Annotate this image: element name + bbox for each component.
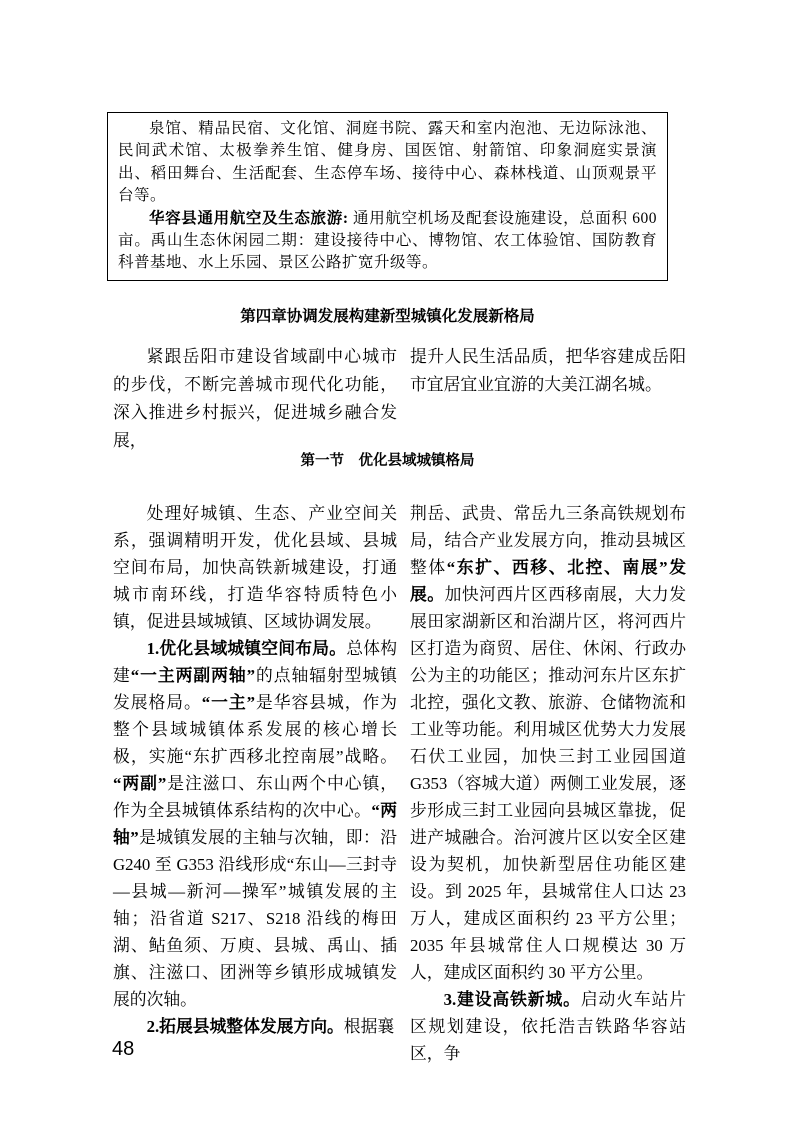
paragraph: 华容县通用航空及生态旅游: 通用航空机场及配套设施建设，总面积 600 亩。禹山… [118, 208, 657, 275]
paragraph: 泉馆、精品民宿、文化馆、洞庭书院、露天和室内泡池、无边际泳池、民间武术馆、太极拳… [118, 118, 657, 208]
paragraph: 3.建设高铁新城。启动火车站片区规划建设，依托浩吉铁路华容站区，争 [410, 986, 686, 1067]
paragraph: 提升人民生活品质，把华容建成岳阳市宜居宜业宜游的大美江湖名城。 [410, 343, 686, 399]
project-list-box: 泉馆、精品民宿、文化馆、洞庭书院、露天和室内泡池、无边际泳池、民间武术馆、太极拳… [107, 112, 668, 281]
body-right-column: 荆岳、武贵、常岳九三条高铁规划布局，结合产业发展方向，推动县城区整体“东扩、西移… [410, 500, 686, 1067]
page-number: 48 [112, 1037, 134, 1061]
paragraph: 处理好城镇、生态、产业空间关系，强调精明开发，优化县域、县城空间布局，加快高铁新… [113, 500, 397, 635]
document-page: 泉馆、精品民宿、文化馆、洞庭书院、露天和室内泡池、无边际泳池、民间武术馆、太极拳… [0, 0, 793, 1122]
chapter-heading: 第四章协调发展构建新型城镇化发展新格局 [107, 306, 668, 328]
body-left-column: 处理好城镇、生态、产业空间关系，强调精明开发，优化县域、县城空间布局，加快高铁新… [113, 500, 397, 1067]
paragraph: 1.优化县域城镇空间布局。总体构建“一主两副两轴”的点轴辐射型城镇发展格局。“一… [113, 635, 397, 1013]
intro-right-column: 提升人民生活品质，把华容建成岳阳市宜居宜业宜游的大美江湖名城。 [410, 343, 686, 455]
section-heading: 第一节 优化县域城镇格局 [107, 451, 668, 472]
chapter-intro: 紧跟岳阳市建设省域副中心城市的步伐，不断完善城市现代化功能，深入推进乡村振兴，促… [113, 343, 686, 455]
paragraph: 紧跟岳阳市建设省域副中心城市的步伐，不断完善城市现代化功能，深入推进乡村振兴，促… [113, 343, 397, 455]
paragraph: 荆岳、武贵、常岳九三条高铁规划布局，结合产业发展方向，推动县城区整体“东扩、西移… [410, 500, 686, 986]
paragraph: 2.拓展县城整体发展方向。根据襄 [113, 1013, 397, 1040]
section-body: 处理好城镇、生态、产业空间关系，强调精明开发，优化县域、县城空间布局，加快高铁新… [113, 500, 686, 1067]
intro-left-column: 紧跟岳阳市建设省域副中心城市的步伐，不断完善城市现代化功能，深入推进乡村振兴，促… [113, 343, 397, 455]
